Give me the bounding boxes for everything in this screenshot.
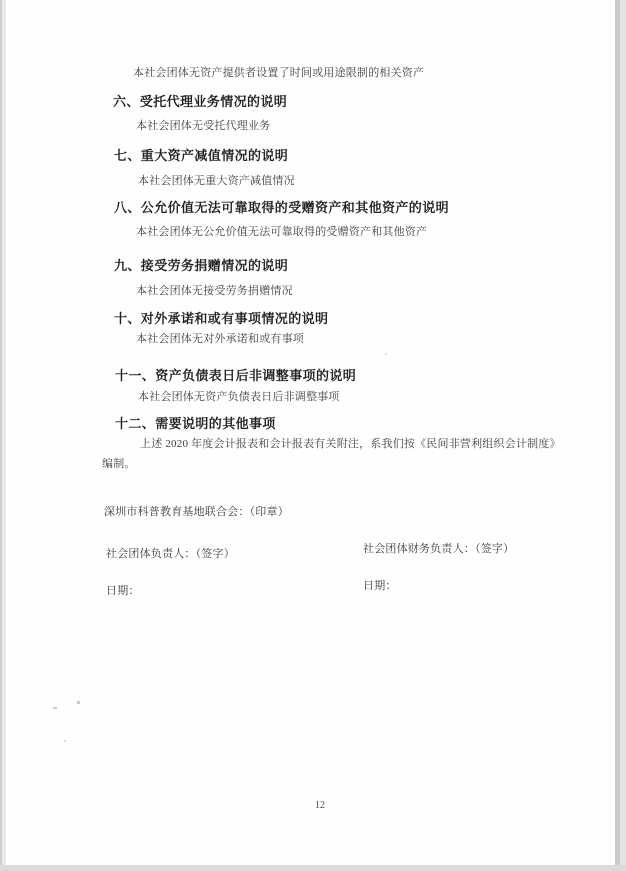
section-9-body: 本社会团体无接受劳务捐赠情况 [136,285,293,299]
section-12-heading: 十二、需要说明的其他事项 [115,416,276,432]
section-7-heading: 七、重大资产减值情况的说明 [114,148,288,164]
section-10-body: 本社会团体无对外承诺和或有事项 [136,333,304,347]
section-7-body: 本社会团体无重大资产减值情况 [138,175,295,189]
intro-note-line: 本社会团体无资产提供者设置了时间或用途限制的相关资产 [133,67,424,81]
date-label-right: 日期： [363,580,397,594]
finance-leader-signature-label: 社会团体财务负责人：（签字） [363,543,514,557]
scanned-document-page: 本社会团体无资产提供者设置了时间或用途限制的相关资产 六、受托代理业务情况的说明… [0,0,626,871]
scan-speck [53,707,57,709]
scan-speck [64,740,66,742]
scan-edge-right-light [620,0,626,871]
section-8-heading: 八、公允价值无法可靠取得的受赠资产和其他资产的说明 [114,200,449,216]
scan-edge-left-light [2,0,6,871]
scan-speck [174,148,176,150]
scan-speck [77,701,80,704]
section-9-heading: 九、接受劳务捐赠情况的说明 [114,258,288,274]
date-label-left: 日期： [106,585,140,599]
scan-edge-bottom [0,865,626,871]
page-number: 12 [315,800,325,811]
scan-speck [385,353,387,355]
section-6-body: 本社会团体无受托代理业务 [136,120,270,134]
section-12-body-line-1: 上述 2020 年度会计报表和会计报表有关附注，系我们按《民间非营利组织会计制度… [140,438,561,452]
leader-signature-label: 社会团体负责人：（签字） [106,548,235,562]
section-8-body: 本社会团体无公允价值无法可靠取得的受赠资产和其他资产 [136,226,427,240]
section-6-heading: 六、受托代理业务情况的说明 [113,94,287,110]
org-seal-line: 深圳市科普教育基地联合会：（印章） [104,506,289,520]
section-11-heading: 十一、资产负债表日后非调整事项的说明 [115,368,356,384]
section-10-heading: 十、对外承诺和或有事项情况的说明 [114,311,328,327]
section-11-body: 本社会团体无资产负债表日后非调整事项 [138,391,340,405]
section-12-body-line-2: 编制。 [102,458,136,472]
